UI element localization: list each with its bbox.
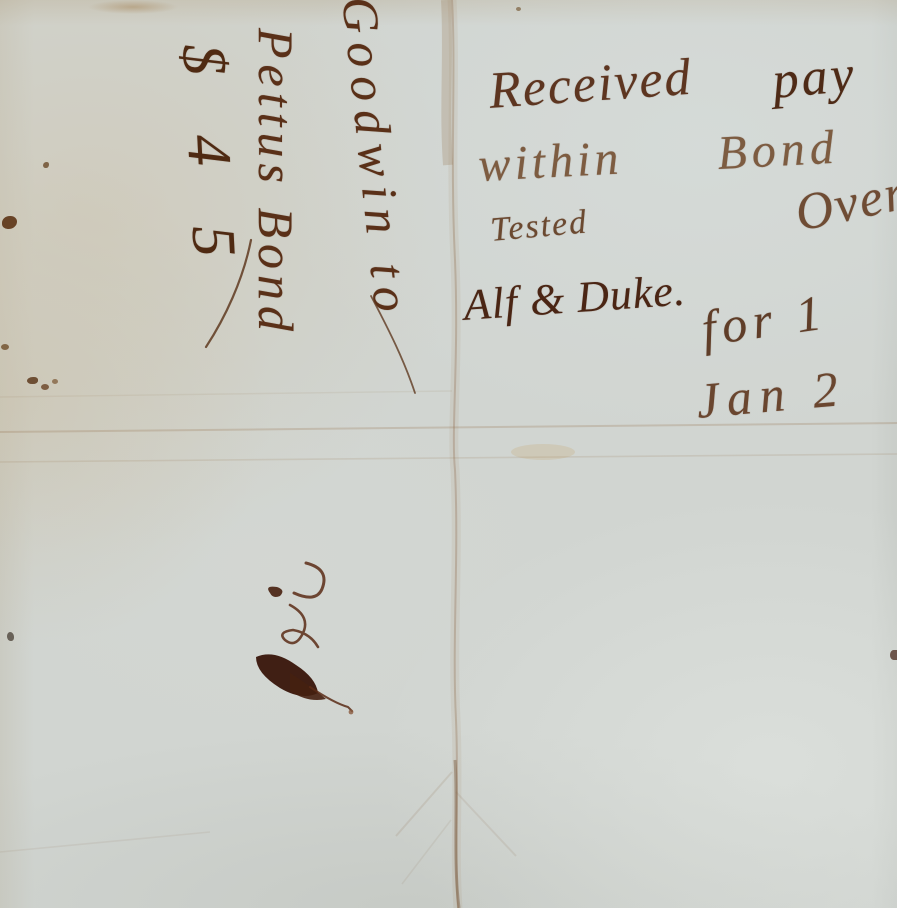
docket-line-2: Pettus Bond [247,28,305,337]
docket-line-3: $45 [167,42,252,318]
document-photo: Goodwin to Pettus Bond $45 Received pay … [0,0,897,908]
word-pay: pay [770,45,859,111]
word-bond: Bond [716,120,840,181]
word-within: within [477,130,624,192]
